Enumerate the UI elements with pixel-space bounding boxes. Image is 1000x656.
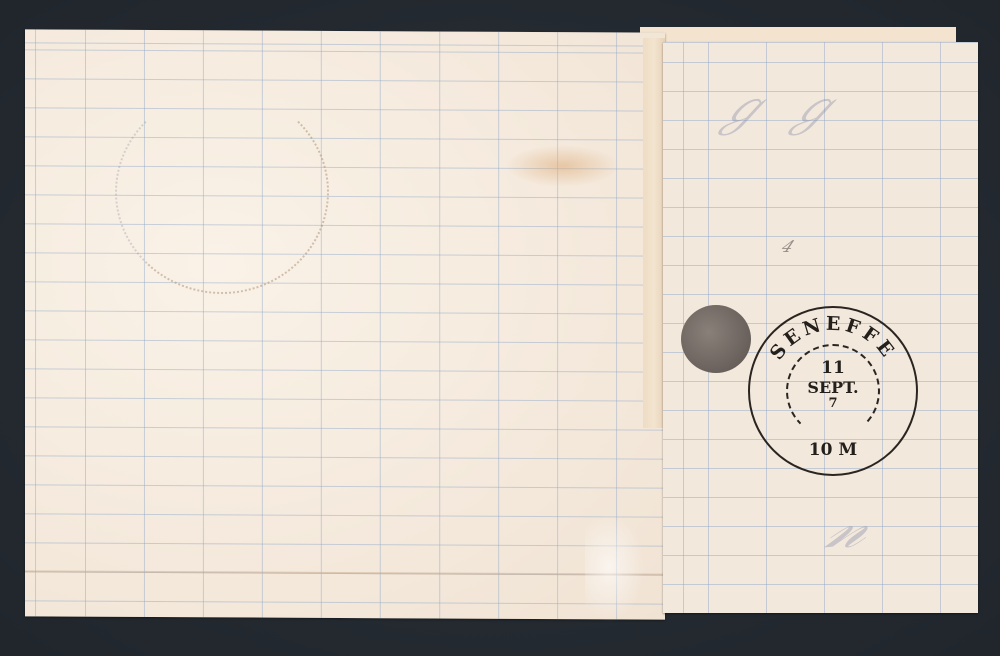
faint-handwriting: 𝓃 <box>817 492 887 562</box>
faint-handwriting: ℊ <box>708 72 785 138</box>
postmark-town: SENEFFE <box>766 313 901 364</box>
postmark-day: 11 <box>750 358 916 378</box>
faint-handwriting: ℊ <box>778 72 855 138</box>
letter-sheet-left <box>25 29 665 619</box>
wax-seal <box>681 305 751 373</box>
svg-text:SENEFFE: SENEFFE <box>766 313 901 364</box>
manuscript-note: 4 <box>779 237 798 256</box>
postmark-year: 7 <box>750 396 916 411</box>
paper-crease <box>585 512 645 622</box>
postmark: SENEFFE 11 SEPT. 7 10 M <box>748 306 918 476</box>
postmark-time: 10 M <box>750 440 916 460</box>
paper-stain <box>505 145 620 187</box>
faint-offset-postmark <box>115 90 329 294</box>
fold-line <box>25 570 665 575</box>
postmark-month: SEPT. <box>750 378 916 397</box>
